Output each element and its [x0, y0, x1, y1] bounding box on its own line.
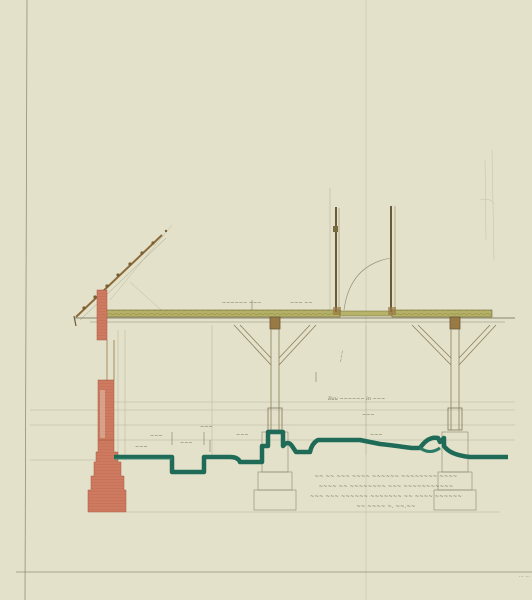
- handwritten-note: ~~ ~~ ~~~ ~~~~ ~~~~~~ ~~~~~~~~ ~~~~ ~~~~…: [286, 472, 486, 512]
- dimension-marks: [172, 300, 316, 452]
- note-line: ~~~ ~~~ ~~~~~~ ~~~~~~~ ~~ ~~~~ ~~~~~~: [286, 492, 486, 502]
- brick-wall: [88, 290, 126, 512]
- dimension-label-5: ~~~: [135, 444, 148, 450]
- note-line: ~~~~ ~~ ~~~~~~~~ ~~~ ~~~~~~~~~~~: [286, 482, 486, 492]
- note-line: ~~ ~~ ~~~ ~~~~ ~~~~~~ ~~~~~~~~ ~~~~: [286, 472, 486, 482]
- water-channel: [114, 432, 508, 472]
- upper-partition: [330, 188, 396, 315]
- corner-mark: ··· ···: [519, 574, 530, 580]
- drawing-sheet: ~~~~~~ ~~~ ~~~ ~~ ~~~ Bau ~~~~~~ in ~~~ …: [0, 0, 532, 600]
- dimension-label-3: ~~~: [200, 424, 213, 430]
- clear-height-note: Bau ~~~~~~ in ~~~: [328, 396, 385, 402]
- dimension-label-1: ~~~: [150, 433, 163, 439]
- floor-beam: [74, 310, 515, 322]
- dimension-label-4: ~~~: [236, 432, 249, 438]
- dimension-label-6: ~~~: [370, 432, 383, 438]
- beam-dimension-label-left: ~~~~~~ ~~~: [222, 300, 261, 306]
- note-line: ~~ ~~~~ ~. ~~.~~: [286, 502, 486, 512]
- faint-sketch: [480, 150, 495, 260]
- dimension-label-2: ~~~: [180, 440, 193, 446]
- span-dimension-label: ~~~: [362, 412, 375, 418]
- beam-dimension-label-right: ~~~ ~~: [290, 300, 313, 306]
